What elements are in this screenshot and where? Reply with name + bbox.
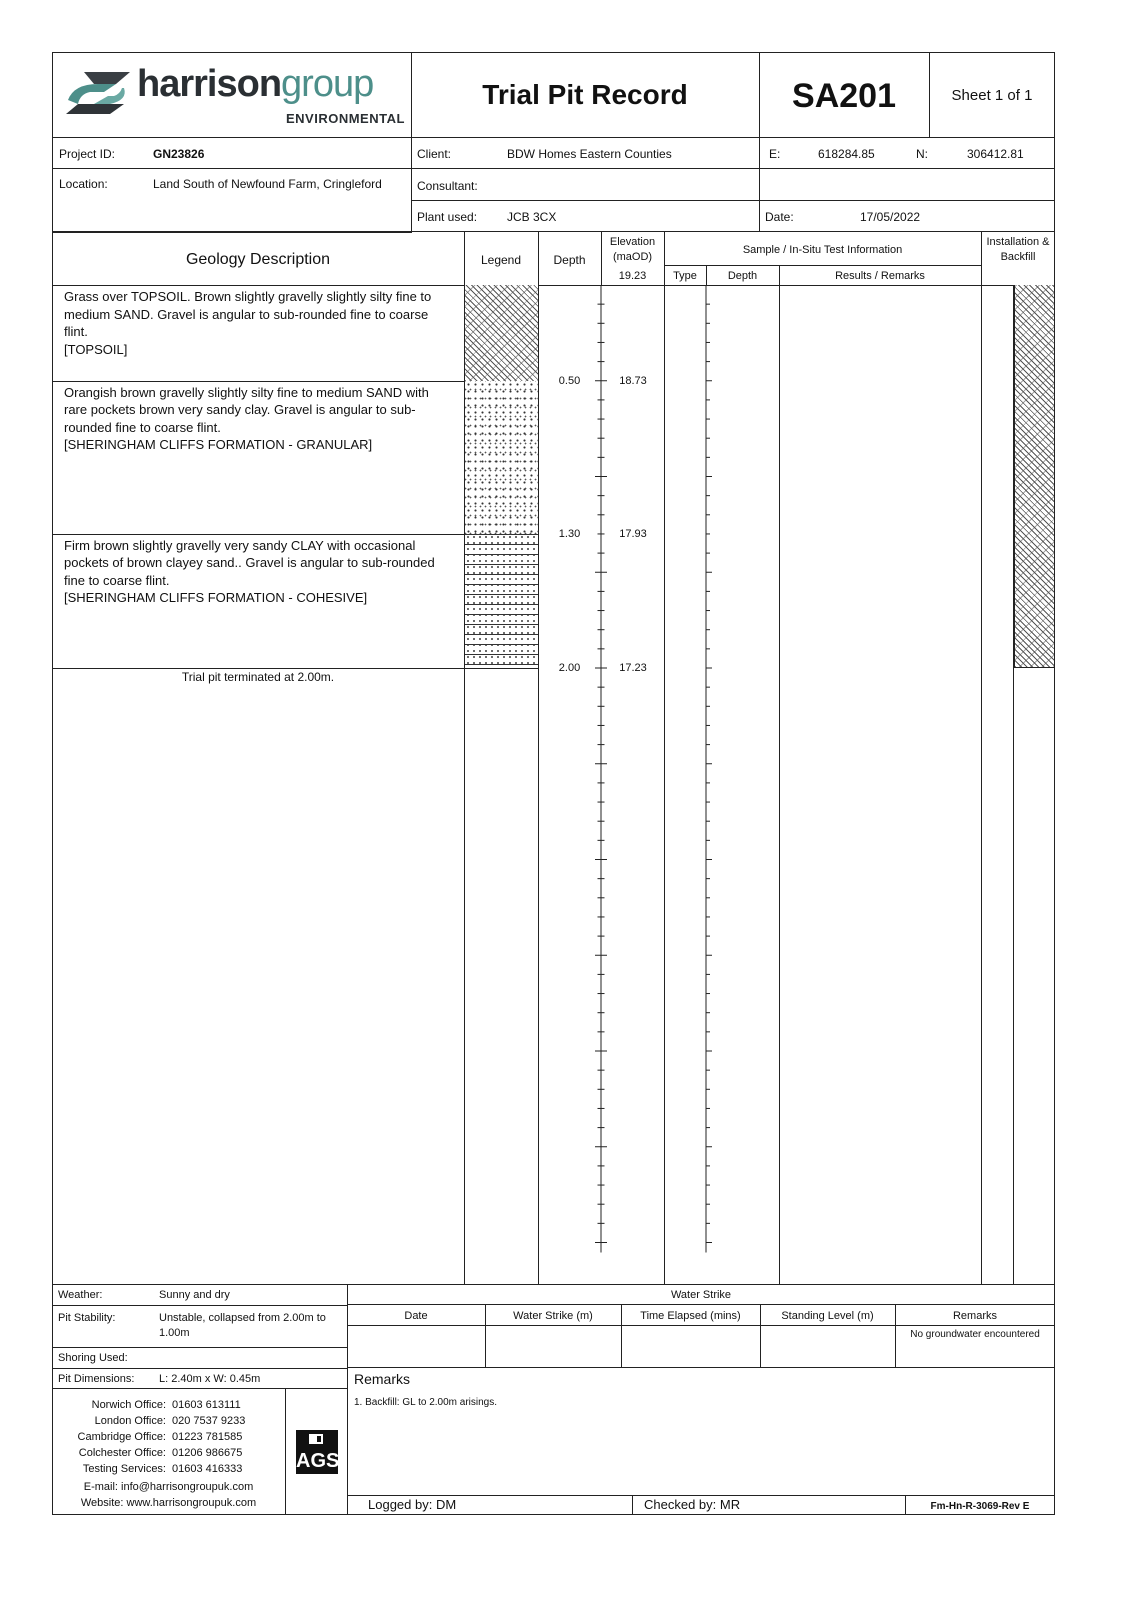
contact-phone: 01223 781585 — [172, 1430, 242, 1444]
divider — [52, 1347, 347, 1348]
divider — [52, 285, 1055, 286]
logo-wordmark: harrisongroup — [137, 62, 373, 106]
weather-label: Weather: — [58, 1288, 102, 1302]
stratum-base-elevation: 18.73 — [604, 374, 662, 388]
stratum-unit: [TOPSOIL] — [64, 341, 454, 359]
location-label: Location: — [59, 177, 108, 191]
stability-label: Pit Stability: — [58, 1311, 115, 1325]
stability-value: Unstable, collapsed from 2.00m to 1.00m — [159, 1311, 344, 1341]
col-sample-type: Type — [664, 269, 706, 283]
contact-phone: 01206 986675 — [172, 1446, 242, 1460]
northing-label: N: — [916, 147, 928, 161]
divider — [52, 1388, 347, 1389]
water-strike-header: Standing Level (m) — [760, 1309, 895, 1323]
plant-label: Plant used: — [417, 210, 477, 224]
backfill-pattern — [1014, 285, 1054, 668]
client-value: BDW Homes Eastern Counties — [507, 147, 672, 161]
project-id: GN23826 — [153, 147, 204, 161]
divider — [411, 231, 1055, 232]
contact-office-label: London Office: — [52, 1414, 166, 1428]
depth-scale — [590, 285, 612, 1285]
consultant-label: Consultant: — [417, 179, 478, 193]
divider — [52, 231, 412, 233]
divider — [285, 1388, 286, 1515]
divider — [664, 232, 665, 1284]
divider — [347, 1325, 1055, 1326]
page-title: Trial Pit Record — [411, 78, 759, 112]
contact-office-label: Cambridge Office: — [52, 1430, 166, 1444]
divider — [52, 1305, 347, 1306]
stratum-description: Firm brown slightly gravelly very sandy … — [64, 537, 454, 607]
col-sample-results: Results / Remarks — [779, 269, 981, 283]
stratum-text: Grass over TOPSOIL. Brown slightly grave… — [64, 288, 454, 341]
stratum-boundary — [52, 534, 464, 535]
divider — [52, 137, 1055, 138]
col-legend: Legend — [464, 253, 538, 267]
weather-value: Sunny and dry — [159, 1288, 230, 1302]
contact-website: Website: www.harrisongroupuk.com — [52, 1496, 285, 1510]
water-strike-header: Time Elapsed (mins) — [621, 1309, 760, 1323]
plant-value: JCB 3CX — [507, 210, 556, 224]
stratum-unit: [SHERINGHAM CLIFFS FORMATION - COHESIVE] — [64, 589, 454, 607]
divider — [52, 168, 1055, 169]
location-value: Land South of Newfound Farm, Cringleford — [153, 177, 382, 191]
harrison-logo-icon — [64, 70, 134, 116]
col-geology: Geology Description — [52, 251, 464, 269]
divider — [538, 232, 539, 1284]
legend-clay-pattern — [465, 534, 538, 668]
stratum-unit: [SHERINGHAM CLIFFS FORMATION - GRANULAR] — [64, 436, 454, 454]
divider — [411, 200, 1055, 201]
water-strike-title: Water Strike — [347, 1288, 1055, 1302]
logo-subtitle: ENVIRONMENTAL — [286, 111, 405, 126]
easting-value: 618284.85 — [818, 147, 875, 161]
contact-office-label: Norwich Office: — [52, 1398, 166, 1412]
divider — [981, 232, 982, 1284]
stratum-description: Orangish brown gravelly slightly silty f… — [64, 384, 454, 454]
shoring-label: Shoring Used: — [58, 1351, 128, 1365]
checked-by: Checked by: MR — [644, 1498, 740, 1512]
contact-office-label: Testing Services: — [52, 1462, 166, 1476]
logged-by: Logged by: DM — [368, 1498, 456, 1512]
remarks-title: Remarks — [354, 1371, 410, 1387]
water-strike-header: Water Strike (m) — [485, 1309, 621, 1323]
water-strike-cell: No groundwater encountered — [895, 1328, 1055, 1342]
stratum-boundary — [52, 381, 464, 382]
divider — [779, 265, 780, 1284]
stratum-boundary — [52, 668, 464, 669]
stratum-base-elevation: 17.23 — [604, 661, 662, 675]
pit-id: SA201 — [759, 76, 929, 116]
col-sample-depth: Depth — [706, 269, 779, 283]
client-label: Client: — [417, 147, 451, 161]
termination-note: Trial pit terminated at 2.00m. — [52, 670, 464, 684]
stratum-text: Firm brown slightly gravelly very sandy … — [64, 537, 454, 590]
remark-item: 1. Backfill: GL to 2.00m arisings. — [354, 1396, 497, 1410]
divider — [347, 1304, 1055, 1305]
northing-value: 306412.81 — [967, 147, 1024, 161]
divider — [52, 1368, 347, 1369]
form-reference: Fm-Hn-R-3069-Rev E — [905, 1500, 1055, 1514]
stratum-base-elevation: 17.93 — [604, 527, 662, 541]
divider — [52, 1284, 1055, 1285]
contact-office-label: Colchester Office: — [52, 1446, 166, 1460]
col-installation: Installation & — [981, 235, 1055, 249]
col-depth: Depth — [538, 253, 601, 267]
project-label: Project ID: — [59, 147, 115, 161]
legend-sand-pattern — [465, 381, 538, 534]
divider — [632, 1495, 633, 1515]
col-sample-group: Sample / In-Situ Test Information — [664, 243, 981, 257]
contact-phone: 020 7537 9233 — [172, 1414, 245, 1428]
divider — [347, 1495, 1055, 1496]
contact-phone: 01603 416333 — [172, 1462, 242, 1476]
stratum-description: Grass over TOPSOIL. Brown slightly grave… — [64, 288, 454, 358]
stratum-boundary — [464, 668, 538, 669]
legend-topsoil-pattern — [465, 285, 538, 381]
divider — [347, 1367, 1055, 1368]
sheet-number: Sheet 1 of 1 — [929, 87, 1055, 105]
water-strike-header: Date — [347, 1309, 485, 1323]
date-value: 17/05/2022 — [860, 210, 920, 224]
ags-badge-icon: AGS — [296, 1430, 338, 1474]
col-elevation-unit: (maOD) — [601, 250, 664, 264]
ground-level: 19.23 — [601, 269, 664, 283]
contact-phone: 01603 613111 — [172, 1398, 241, 1412]
contact-email: E-mail: info@harrisongroupuk.com — [52, 1480, 285, 1494]
stratum-text: Orangish brown gravelly slightly silty f… — [64, 384, 454, 437]
dimensions-label: Pit Dimensions: — [58, 1372, 134, 1386]
divider — [664, 265, 981, 266]
dimensions-value: L: 2.40m x W: 0.45m — [159, 1372, 260, 1386]
easting-label: E: — [769, 147, 780, 161]
col-backfill: Backfill — [981, 250, 1055, 264]
date-label: Date: — [765, 210, 794, 224]
col-elevation: Elevation — [601, 235, 664, 249]
water-strike-header: Remarks — [895, 1309, 1055, 1323]
sample-depth-scale — [700, 285, 714, 1285]
